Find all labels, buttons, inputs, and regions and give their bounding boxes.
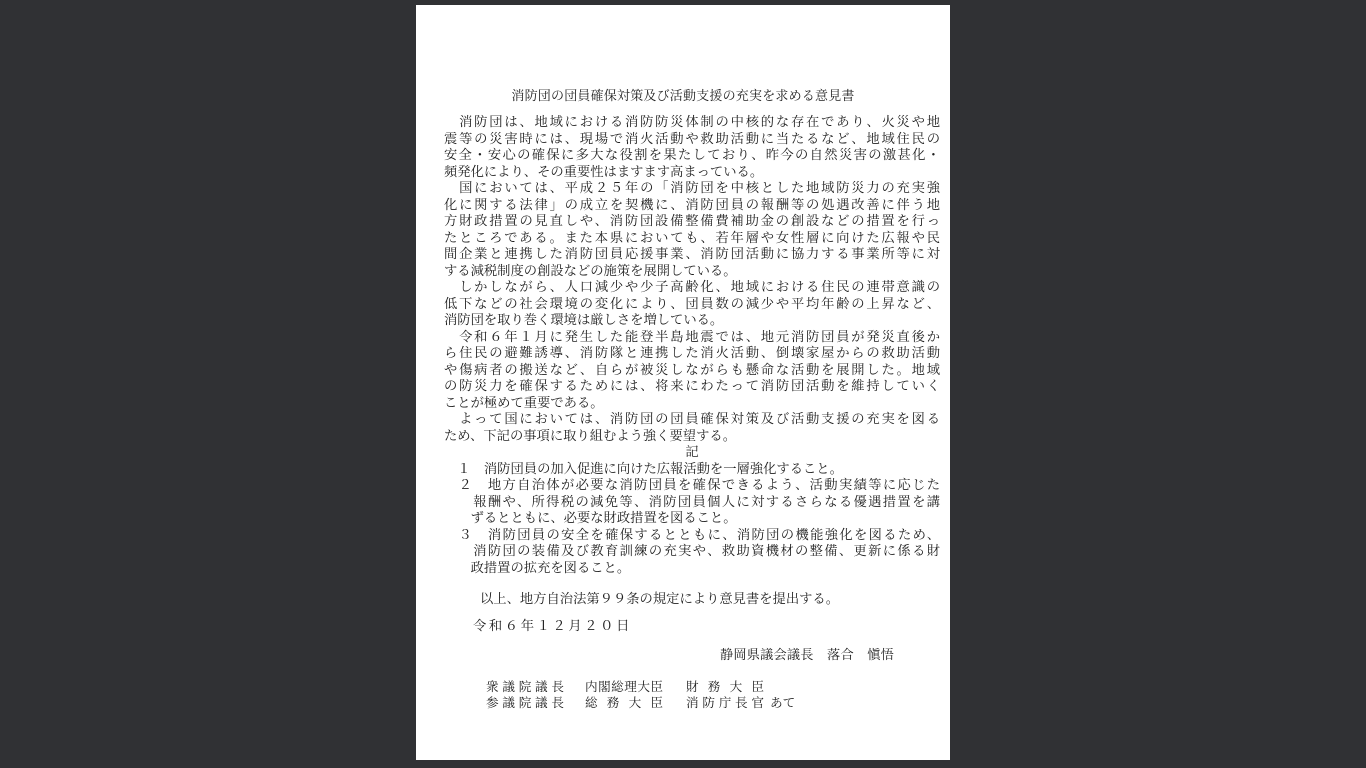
addressee-name: 衆議院議長: [486, 680, 564, 695]
document-line: 消防団の装備及び教育訓練の充実や、救助資機材の整備、更新に係る財: [444, 543, 940, 560]
ki-marker: 記: [444, 444, 940, 461]
document-page: 消防団の団員確保対策及び活動支援の充実を求める意見書 消防団は、地域における消防…: [416, 5, 950, 760]
document-line: ずるとともに、必要な財政措置を図ること。: [444, 510, 940, 527]
closing-line: 以上、地方自治法第９９条の規定により意見書を提出する。: [480, 588, 839, 607]
document-line: １ 消防団員の加入促進に向けた広報活動を一層強化すること。: [444, 461, 940, 478]
document-line: 報酬や、所得税の減免等、消防団員個人に対するさらなる優遇措置を講: [444, 494, 940, 511]
document-line: しかしながら、人口減少や少子高齢化、地域における住民の連帯意識の: [444, 279, 940, 296]
document-line: ３ 消防団員の安全を確保するとともに、消防団の機能強化を図るため、: [444, 527, 940, 544]
signature-line: 静岡県議会議長 落合 愼悟: [720, 644, 894, 663]
document-line: 国においては、平成２５年の「消防団を中核とした地域防災力の充実強: [444, 180, 940, 197]
addressee-name: 消防庁長官: [686, 696, 764, 711]
addressee-row-2: 参議院議長総務大臣消防庁長官あて: [416, 696, 950, 712]
addressee-name: 総務大臣: [585, 696, 663, 711]
document-line: 政措置の拡充を図ること。: [444, 560, 940, 577]
document-line: 震等の災害時には、現場で消火活動や救助活動に当たるなど、地域住民の: [444, 131, 940, 148]
addressee-row-1: 衆議院議長内閣総理大臣財務大臣: [416, 680, 950, 696]
document-line: 化に関する法律」の成立を契機に、消防団員の報酬等の処遇改善に伴う地: [444, 197, 940, 214]
document-body: 消防団は、地域における消防防災体制の中核的な存在であり、火災や地震等の災害時には…: [444, 114, 940, 576]
document-line: 安全・安心の確保に多大な役割を果たしており、昨今の自然災害の激甚化・: [444, 147, 940, 164]
document-line: 令和６年１月に発生した能登半島地震では、地元消防団員が発災直後か: [444, 329, 940, 346]
document-line: 間企業と連携した消防団員応援事業、消防団活動に協力する事業所等に対: [444, 246, 940, 263]
document-line: よって国においては、消防団の団員確保対策及び活動支援の充実を図る: [444, 411, 940, 428]
document-title: 消防団の団員確保対策及び活動支援の充実を求める意見書: [416, 85, 950, 104]
addressee-name: 内閣総理大臣: [585, 680, 663, 695]
document-line: たところである。また本県においても、若年層や女性層に向けた広報や民: [444, 230, 940, 247]
addressee-name: 財務大臣: [686, 680, 764, 695]
date-line: 令和６年１２月２０日: [473, 615, 632, 634]
addressee-suffix: あて: [770, 696, 795, 711]
viewer-background: 消防団の団員確保対策及び活動支援の充実を求める意見書 消防団は、地域における消防…: [0, 0, 1366, 768]
document-line: 消防団は、地域における消防防災体制の中核的な存在であり、火災や地: [444, 114, 940, 131]
document-line: ら住民の避難誘導、消防隊と連携した消火活動、倒壊家屋からの救助活動: [444, 345, 940, 362]
document-line: 頻発化により、その重要性はますます高まっている。: [444, 164, 940, 181]
document-line: ことが極めて重要である。: [444, 395, 940, 412]
document-line: の防災力を確保するためには、将来にわたって消防団活動を維持していく: [444, 378, 940, 395]
document-line: ため、下記の事項に取り組むよう強く要望する。: [444, 428, 940, 445]
document-line: する減税制度の創設などの施策を展開している。: [444, 263, 940, 280]
document-line: 方財政措置の見直しや、消防団設備整備費補助金の創設などの措置を行っ: [444, 213, 940, 230]
document-line: や傷病者の搬送など、自らが被災しながらも懸命な活動を展開した。地域: [444, 362, 940, 379]
addressee-name: 参議院議長: [486, 696, 564, 711]
document-line: 低下などの社会環境の変化により、団員数の減少や平均年齢の上昇など、: [444, 296, 940, 313]
document-line: ２ 地方自治体が必要な消防団員を確保できるよう、活動実績等に応じた: [444, 477, 940, 494]
document-line: 消防団を取り巻く環境は厳しさを増している。: [444, 312, 940, 329]
